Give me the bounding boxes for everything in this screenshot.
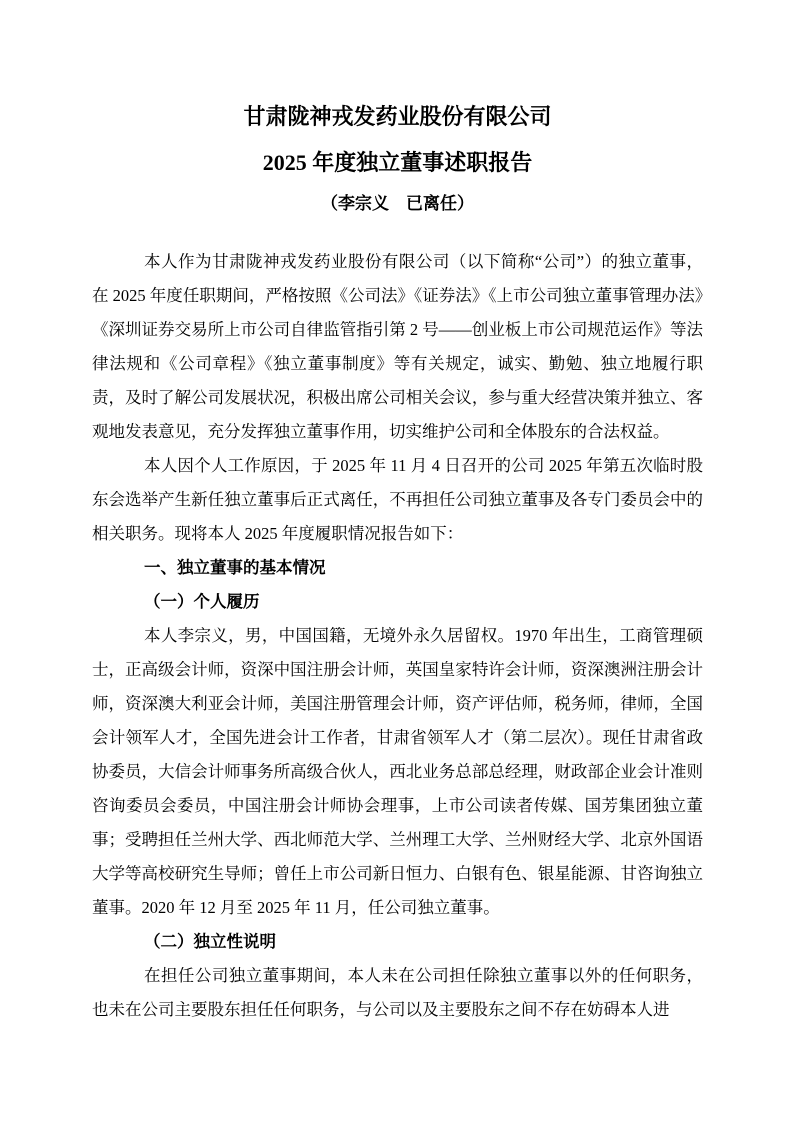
heading-section-1-1: （一）个人履历 <box>92 585 703 619</box>
company-name-title: 甘肃陇神戎发药业股份有限公司 <box>92 102 703 132</box>
report-title: 2025 年度独立董事述职报告 <box>92 148 703 178</box>
document-page: 甘肃陇神戎发药业股份有限公司 2025 年度独立董事述职报告 （李宗义 已离任）… <box>0 0 793 1122</box>
paragraph-departure: 本人因个人工作原因，于 2025 年 11 月 4 日召开的公司 2025 年第… <box>92 449 703 551</box>
heading-section-1: 一、独立董事的基本情况 <box>92 551 703 585</box>
paragraph-independence-statement: 在担任公司独立董事期间，本人未在公司担任除独立董事以外的任何职务，也未在公司主要… <box>92 959 703 1027</box>
author-status-note: （李宗义 已离任） <box>92 193 703 215</box>
document-body: 本人作为甘肃陇神戎发药业股份有限公司（以下简称“公司”）的独立董事，在 2025… <box>92 245 703 1027</box>
paragraph-personal-resume: 本人李宗义，男，中国国籍，无境外永久居留权。1970 年出生，工商管理硕士，正高… <box>92 619 703 925</box>
heading-section-1-2: （二）独立性说明 <box>92 925 703 959</box>
paragraph-intro: 本人作为甘肃陇神戎发药业股份有限公司（以下简称“公司”）的独立董事，在 2025… <box>92 245 703 449</box>
